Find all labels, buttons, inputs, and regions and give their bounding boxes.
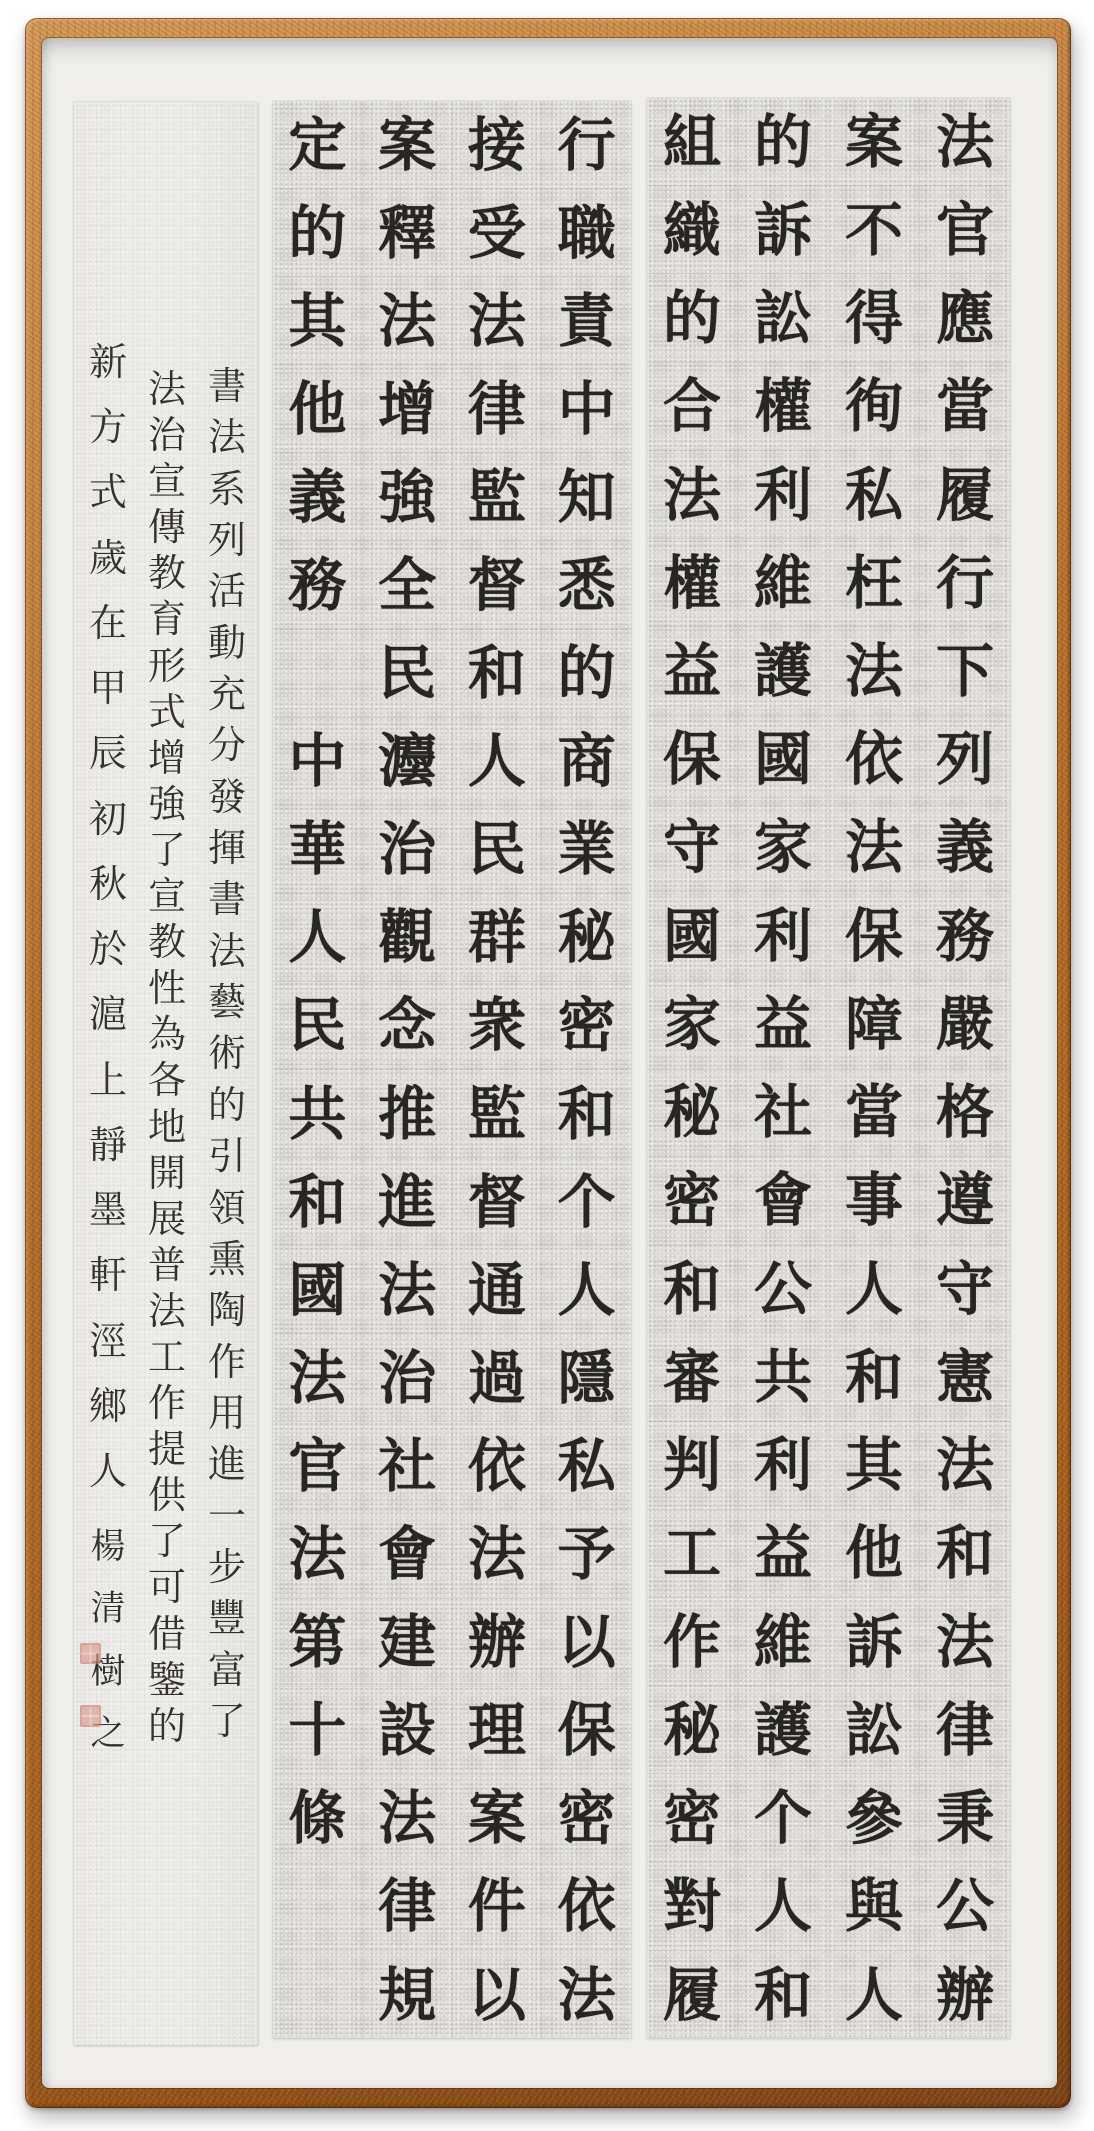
grid-character: 國 — [647, 891, 737, 979]
inscription-character: 豐 — [208, 1599, 246, 1637]
grid-character: 判 — [647, 1421, 737, 1509]
inscription-character: 形 — [148, 647, 186, 685]
grid-character: 訴 — [738, 185, 828, 273]
inscription-character: 系 — [208, 470, 246, 508]
grid-character: 枉 — [829, 538, 919, 626]
grid-character: 他 — [273, 364, 362, 452]
grid-character: 訴 — [829, 1597, 919, 1685]
grid-character: 人 — [453, 717, 542, 805]
grid-character: 遵 — [920, 1156, 1010, 1244]
grid-character: 密 — [542, 981, 631, 1069]
grid-character: 過 — [453, 1333, 542, 1421]
inscription-character: 式 — [148, 693, 186, 731]
grid-character: 責 — [542, 276, 631, 364]
grid-character: 通 — [453, 1245, 542, 1333]
grid-character: 治 — [363, 805, 452, 893]
inscription-character: 用 — [208, 1394, 246, 1432]
inscription-character: 供 — [148, 1476, 186, 1514]
grid-character: 織 — [647, 185, 737, 273]
inscription-character: 教 — [148, 554, 186, 592]
inscription-character: 甲 — [89, 669, 127, 707]
grid-character: 个 — [542, 1157, 631, 1245]
grid-character: 法 — [363, 276, 452, 364]
inscription-character: 初 — [89, 800, 127, 838]
inscription-character: 動 — [208, 624, 246, 662]
grid-character: 秘 — [542, 893, 631, 981]
grid-character: 的 — [738, 98, 828, 185]
grid-character: 中 — [273, 717, 362, 805]
grid-character: 增 — [363, 364, 452, 452]
grid-character: 列 — [920, 715, 1010, 803]
grid-character: 定 — [273, 101, 362, 188]
grid-character: 的 — [273, 188, 362, 276]
grid-character: 法 — [920, 98, 1010, 185]
inscription-character: 熏 — [208, 1240, 246, 1278]
inscription-character: 揮 — [208, 829, 246, 867]
text-column-3: 的訴訟權利維護國家利益社會公共利益維護个人和 — [738, 98, 829, 2038]
inscription-character: 領 — [208, 1189, 246, 1227]
grid-character: 案 — [363, 101, 452, 188]
grid-character: 參 — [829, 1773, 919, 1861]
grid-character: 其 — [829, 1421, 919, 1509]
inscription-character: 治 — [148, 416, 186, 454]
grid-character: 與 — [829, 1862, 919, 1950]
inscription-character: 新 — [89, 343, 127, 381]
inscription-character: 法 — [208, 418, 246, 456]
grid-character: 憲 — [920, 1332, 1010, 1420]
grid-character: 格 — [920, 1068, 1010, 1156]
grid-character: 工 — [647, 1509, 737, 1597]
grid-character — [273, 1950, 362, 2038]
inscription-character: 一 — [208, 1497, 246, 1535]
grid-character: 和 — [453, 629, 542, 717]
grid-character: 會 — [363, 1510, 452, 1598]
grid-character: 應 — [920, 273, 1010, 361]
grid-character: 合 — [647, 362, 737, 450]
grid-character: 法 — [829, 803, 919, 891]
grid-character: 受 — [453, 188, 542, 276]
grid-character: 行 — [920, 538, 1010, 626]
grid-character: 官 — [273, 1421, 362, 1509]
inscription-character: 鄉 — [89, 1387, 127, 1425]
inscription-character: 宣 — [148, 462, 186, 500]
inscription-character: 術 — [208, 1034, 246, 1072]
inscription-column-3-date: 新方式歲在甲辰初秋於滬上靜墨軒涇鄉人 — [84, 343, 132, 1490]
grid-character: 嚴 — [920, 979, 1010, 1067]
grid-character: 務 — [920, 891, 1010, 979]
grid-character: 利 — [738, 1421, 828, 1509]
inscription-character: 作 — [148, 1384, 186, 1422]
inscription-character: 富 — [208, 1651, 246, 1689]
grid-character — [273, 1862, 362, 1950]
grid-character: 共 — [738, 1332, 828, 1420]
grid-character: 業 — [542, 805, 631, 893]
grid-character: 第 — [273, 1598, 362, 1686]
main-text-panel-middle: 行職責中知悉的商業秘密和个人隱私予以保密依法 接受法律監督和人民群衆監督通過依法… — [273, 101, 631, 2038]
grid-character: 予 — [542, 1510, 631, 1598]
grid-character: 密 — [647, 1773, 737, 1861]
text-column-1: 法官應當履行下列義務嚴格遵守憲法和法律秉公辦 — [920, 98, 1010, 2038]
inscription-character: 人 — [89, 1452, 127, 1490]
grid-character: 監 — [453, 452, 542, 540]
grid-character: 律 — [453, 364, 542, 452]
grid-character: 灋 — [363, 717, 452, 805]
grid-character: 接 — [453, 101, 542, 188]
grid-character: 其 — [273, 276, 362, 364]
grid-character: 以 — [542, 1598, 631, 1686]
grid-character: 法 — [542, 1950, 631, 2038]
grid-character: 進 — [363, 1157, 452, 1245]
grid-character: 行 — [542, 101, 631, 188]
grid-character: 審 — [647, 1332, 737, 1420]
grid-character: 履 — [647, 1950, 737, 2038]
inscription-character: 開 — [148, 1154, 186, 1192]
grid-character: 律 — [920, 1685, 1010, 1773]
grid-character: 秉 — [920, 1773, 1010, 1861]
grid-character: 益 — [738, 1509, 828, 1597]
inscription-character: 宣 — [148, 877, 186, 915]
grid-character: 當 — [829, 1068, 919, 1156]
grid-character: 辦 — [453, 1598, 542, 1686]
inscription-character: 滬 — [89, 995, 127, 1033]
grid-character: 會 — [738, 1156, 828, 1244]
grid-character: 規 — [363, 1950, 452, 2038]
grid-character: 督 — [453, 1157, 542, 1245]
grid-character: 徇 — [829, 362, 919, 450]
inscription-character: 法 — [208, 932, 246, 970]
grid-character: 維 — [738, 1597, 828, 1685]
grid-character: 權 — [738, 362, 828, 450]
inscription-character: 列 — [208, 521, 246, 559]
grid-character: 案 — [453, 1774, 542, 1862]
inscription-character: 教 — [148, 923, 186, 961]
inscription-character: 工 — [148, 1338, 186, 1376]
grid-character: 密 — [647, 1156, 737, 1244]
grid-character: 治 — [363, 1333, 452, 1421]
inscription-column-1: 書法系列活動充分發揮書法藝術的引領熏陶作用進一步豐富了 — [203, 367, 251, 1740]
inscription-character: 增 — [148, 739, 186, 777]
inscription-character: 式 — [89, 473, 127, 511]
inscription-character: 辰 — [89, 734, 127, 772]
grid-character: 守 — [647, 803, 737, 891]
grid-character: 下 — [920, 626, 1010, 714]
grid-character: 秘 — [647, 1685, 737, 1773]
inscription-character: 涇 — [89, 1322, 127, 1360]
inscription-character: 引 — [208, 1137, 246, 1175]
grid-character: 事 — [829, 1156, 919, 1244]
grid-character: 和 — [738, 1950, 828, 2038]
grid-character: 共 — [273, 1069, 362, 1157]
grid-character: 保 — [542, 1686, 631, 1774]
inscription-character: 作 — [208, 1343, 246, 1381]
text-column-2: 案不得徇私枉法依法保障當事人和其他訴訟參與人 — [829, 98, 920, 2038]
inscription-character: 傳 — [148, 508, 186, 546]
grid-character: 民 — [363, 629, 452, 717]
grid-character: 公 — [920, 1862, 1010, 1950]
grid-character: 益 — [647, 626, 737, 714]
grid-character: 得 — [829, 273, 919, 361]
inscription-character: 靜 — [89, 1126, 127, 1164]
inscription-character: 的 — [208, 1086, 246, 1124]
grid-character: 家 — [647, 979, 737, 1067]
grid-character: 群 — [453, 893, 542, 981]
grid-character: 作 — [647, 1597, 737, 1685]
grid-character: 義 — [920, 803, 1010, 891]
inscription-character: 了 — [208, 1702, 246, 1740]
grid-character: 密 — [542, 1774, 631, 1862]
inscription-character: 軒 — [89, 1256, 127, 1294]
grid-character: 務 — [273, 540, 362, 628]
grid-character: 中 — [542, 364, 631, 452]
grid-character: 依 — [542, 1862, 631, 1950]
inscription-character: 提 — [148, 1430, 186, 1468]
grid-character: 利 — [738, 450, 828, 538]
grid-character: 他 — [829, 1509, 919, 1597]
signature-character: 清 — [90, 1592, 125, 1627]
inscription-character: 鑒 — [148, 1661, 186, 1699]
inscription-character: 方 — [89, 408, 127, 446]
grid-character: 人 — [829, 1244, 919, 1332]
grid-character: 法 — [453, 1510, 542, 1598]
grid-character: 訟 — [829, 1685, 919, 1773]
inscription-character: 法 — [148, 1292, 186, 1330]
grid-character — [273, 629, 362, 717]
inscription-character: 發 — [208, 778, 246, 816]
grid-character: 全 — [363, 540, 452, 628]
grid-character: 依 — [829, 715, 919, 803]
inscription-character: 進 — [208, 1445, 246, 1483]
grid-character: 社 — [738, 1068, 828, 1156]
inscription-character: 在 — [89, 604, 127, 642]
grid-character: 利 — [738, 891, 828, 979]
inscription-character: 強 — [148, 785, 186, 823]
grid-character: 的 — [542, 629, 631, 717]
inscription-character: 充 — [208, 675, 246, 713]
grid-character: 家 — [738, 803, 828, 891]
grid-character: 國 — [738, 715, 828, 803]
grid-character: 依 — [453, 1421, 542, 1509]
grid-character: 益 — [738, 979, 828, 1067]
inscription-character: 步 — [208, 1548, 246, 1586]
grid-character: 觀 — [363, 893, 452, 981]
grid-character: 法 — [647, 450, 737, 538]
grid-character: 法 — [363, 1774, 452, 1862]
grid-character: 法 — [920, 1597, 1010, 1685]
inscription-character: 地 — [148, 1108, 186, 1146]
grid-character: 職 — [542, 188, 631, 276]
grid-character: 法 — [829, 626, 919, 714]
inscription-character: 為 — [148, 1015, 186, 1053]
grid-character: 履 — [920, 450, 1010, 538]
inscription-character: 藝 — [208, 983, 246, 1021]
grid-character: 設 — [363, 1686, 452, 1774]
grid-character: 權 — [647, 538, 737, 626]
grid-character: 強 — [363, 452, 452, 540]
grid-character: 秘 — [647, 1068, 737, 1156]
grid-character: 障 — [829, 979, 919, 1067]
grid-character: 案 — [829, 98, 919, 185]
inscription-character: 歲 — [89, 539, 127, 577]
grid-character: 釋 — [363, 188, 452, 276]
grid-character: 當 — [920, 362, 1010, 450]
inscription-character: 上 — [89, 1061, 127, 1099]
grid-character: 維 — [738, 538, 828, 626]
red-seal-stamp-icon — [80, 1643, 101, 1664]
grid-character: 督 — [453, 540, 542, 628]
inscription-character: 了 — [148, 831, 186, 869]
grid-character: 組 — [647, 98, 737, 185]
inscription-character: 書 — [208, 367, 246, 405]
text-column-6: 接受法律監督和人民群衆監督通過依法辦理案件以 — [453, 101, 543, 2038]
inscription-character: 的 — [148, 1707, 186, 1745]
grid-character: 國 — [273, 1245, 362, 1333]
grid-character: 私 — [829, 450, 919, 538]
grid-character: 和 — [920, 1509, 1010, 1597]
text-column-8-with-citation: 定的其他義務 中華人民共和國法官法第十條 — [273, 101, 363, 2038]
inscription-character: 普 — [148, 1246, 186, 1284]
inscription-character: 育 — [148, 600, 186, 638]
grid-character: 民 — [453, 805, 542, 893]
grid-character: 人 — [273, 893, 362, 981]
inscription-character: 書 — [208, 880, 246, 918]
grid-character: 公 — [738, 1244, 828, 1332]
grid-character: 法 — [273, 1333, 362, 1421]
inscription-character: 各 — [148, 1061, 186, 1099]
grid-character: 義 — [273, 452, 362, 540]
grid-character: 隱 — [542, 1333, 631, 1421]
inscription-character: 墨 — [89, 1191, 127, 1229]
grid-character: 和 — [273, 1157, 362, 1245]
inscription-panel: 書法系列活動充分發揮書法藝術的引領熏陶作用進一步豐富了 法治宣傳教育形式增強了宣… — [74, 102, 258, 2045]
grid-character: 不 — [829, 185, 919, 273]
grid-character: 和 — [542, 1069, 631, 1157]
grid-character: 人 — [829, 1950, 919, 2038]
grid-character: 的 — [647, 273, 737, 361]
grid-character: 保 — [647, 715, 737, 803]
inscription-character: 秋 — [89, 865, 127, 903]
grid-character: 法 — [453, 276, 542, 364]
grid-character: 華 — [273, 805, 362, 893]
grid-character: 護 — [738, 1685, 828, 1773]
inscription-character: 於 — [89, 930, 127, 968]
grid-character: 法 — [273, 1510, 362, 1598]
inscription-character: 性 — [148, 969, 186, 1007]
inscription-character: 陶 — [208, 1291, 246, 1329]
main-text-panel-right: 法官應當履行下列義務嚴格遵守憲法和法律秉公辦 案不得徇私枉法依法保障當事人和其他… — [647, 98, 1010, 2038]
grid-character: 理 — [453, 1686, 542, 1774]
grid-character: 保 — [829, 891, 919, 979]
text-column-4: 組織的合法權益保守國家秘密和審判工作秘密對履 — [647, 98, 738, 2038]
signature-character: 楊 — [90, 1530, 125, 1565]
grid-character: 條 — [273, 1774, 362, 1862]
grid-character: 建 — [363, 1598, 452, 1686]
grid-character: 件 — [453, 1862, 542, 1950]
grid-character: 知 — [542, 452, 631, 540]
grid-character: 私 — [542, 1421, 631, 1509]
inscription-character: 可 — [148, 1568, 186, 1606]
grid-character: 民 — [273, 981, 362, 1069]
grid-character: 守 — [920, 1244, 1010, 1332]
inscription-column-2: 法治宣傳教育形式增強了宣教性為各地開展普法工作提供了可借鑒的 — [143, 370, 191, 1745]
grid-character: 人 — [738, 1862, 828, 1950]
grid-character: 官 — [920, 185, 1010, 273]
grid-character: 和 — [829, 1332, 919, 1420]
grid-character: 念 — [363, 981, 452, 1069]
grid-character: 對 — [647, 1862, 737, 1950]
text-column-7: 案釋法增強全民灋治觀念推進法治社會建設法律規 — [363, 101, 453, 2038]
inscription-character: 法 — [148, 370, 186, 408]
grid-character: 辦 — [920, 1950, 1010, 2038]
grid-character: 法 — [363, 1245, 452, 1333]
grid-character: 和 — [647, 1244, 737, 1332]
grid-character: 以 — [453, 1950, 542, 2038]
grid-character: 訟 — [738, 273, 828, 361]
grid-character: 監 — [453, 1069, 542, 1157]
grid-character: 法 — [920, 1421, 1010, 1509]
grid-character: 悉 — [542, 540, 631, 628]
grid-character: 衆 — [453, 981, 542, 1069]
grid-character: 十 — [273, 1686, 362, 1774]
grid-character: 律 — [363, 1862, 452, 1950]
inscription-character: 活 — [208, 572, 246, 610]
grid-character: 个 — [738, 1773, 828, 1861]
inscription-character: 分 — [208, 726, 246, 764]
inscription-character: 展 — [148, 1200, 186, 1238]
inscription-character: 了 — [148, 1522, 186, 1560]
red-seal-stamp-icon — [80, 1705, 101, 1727]
grid-character: 護 — [738, 626, 828, 714]
inscription-character: 借 — [148, 1615, 186, 1653]
grid-character: 社 — [363, 1421, 452, 1509]
text-column-5: 行職責中知悉的商業秘密和个人隱私予以保密依法 — [542, 101, 631, 2038]
grid-character: 推 — [363, 1069, 452, 1157]
grid-character: 人 — [542, 1245, 631, 1333]
grid-character: 商 — [542, 717, 631, 805]
